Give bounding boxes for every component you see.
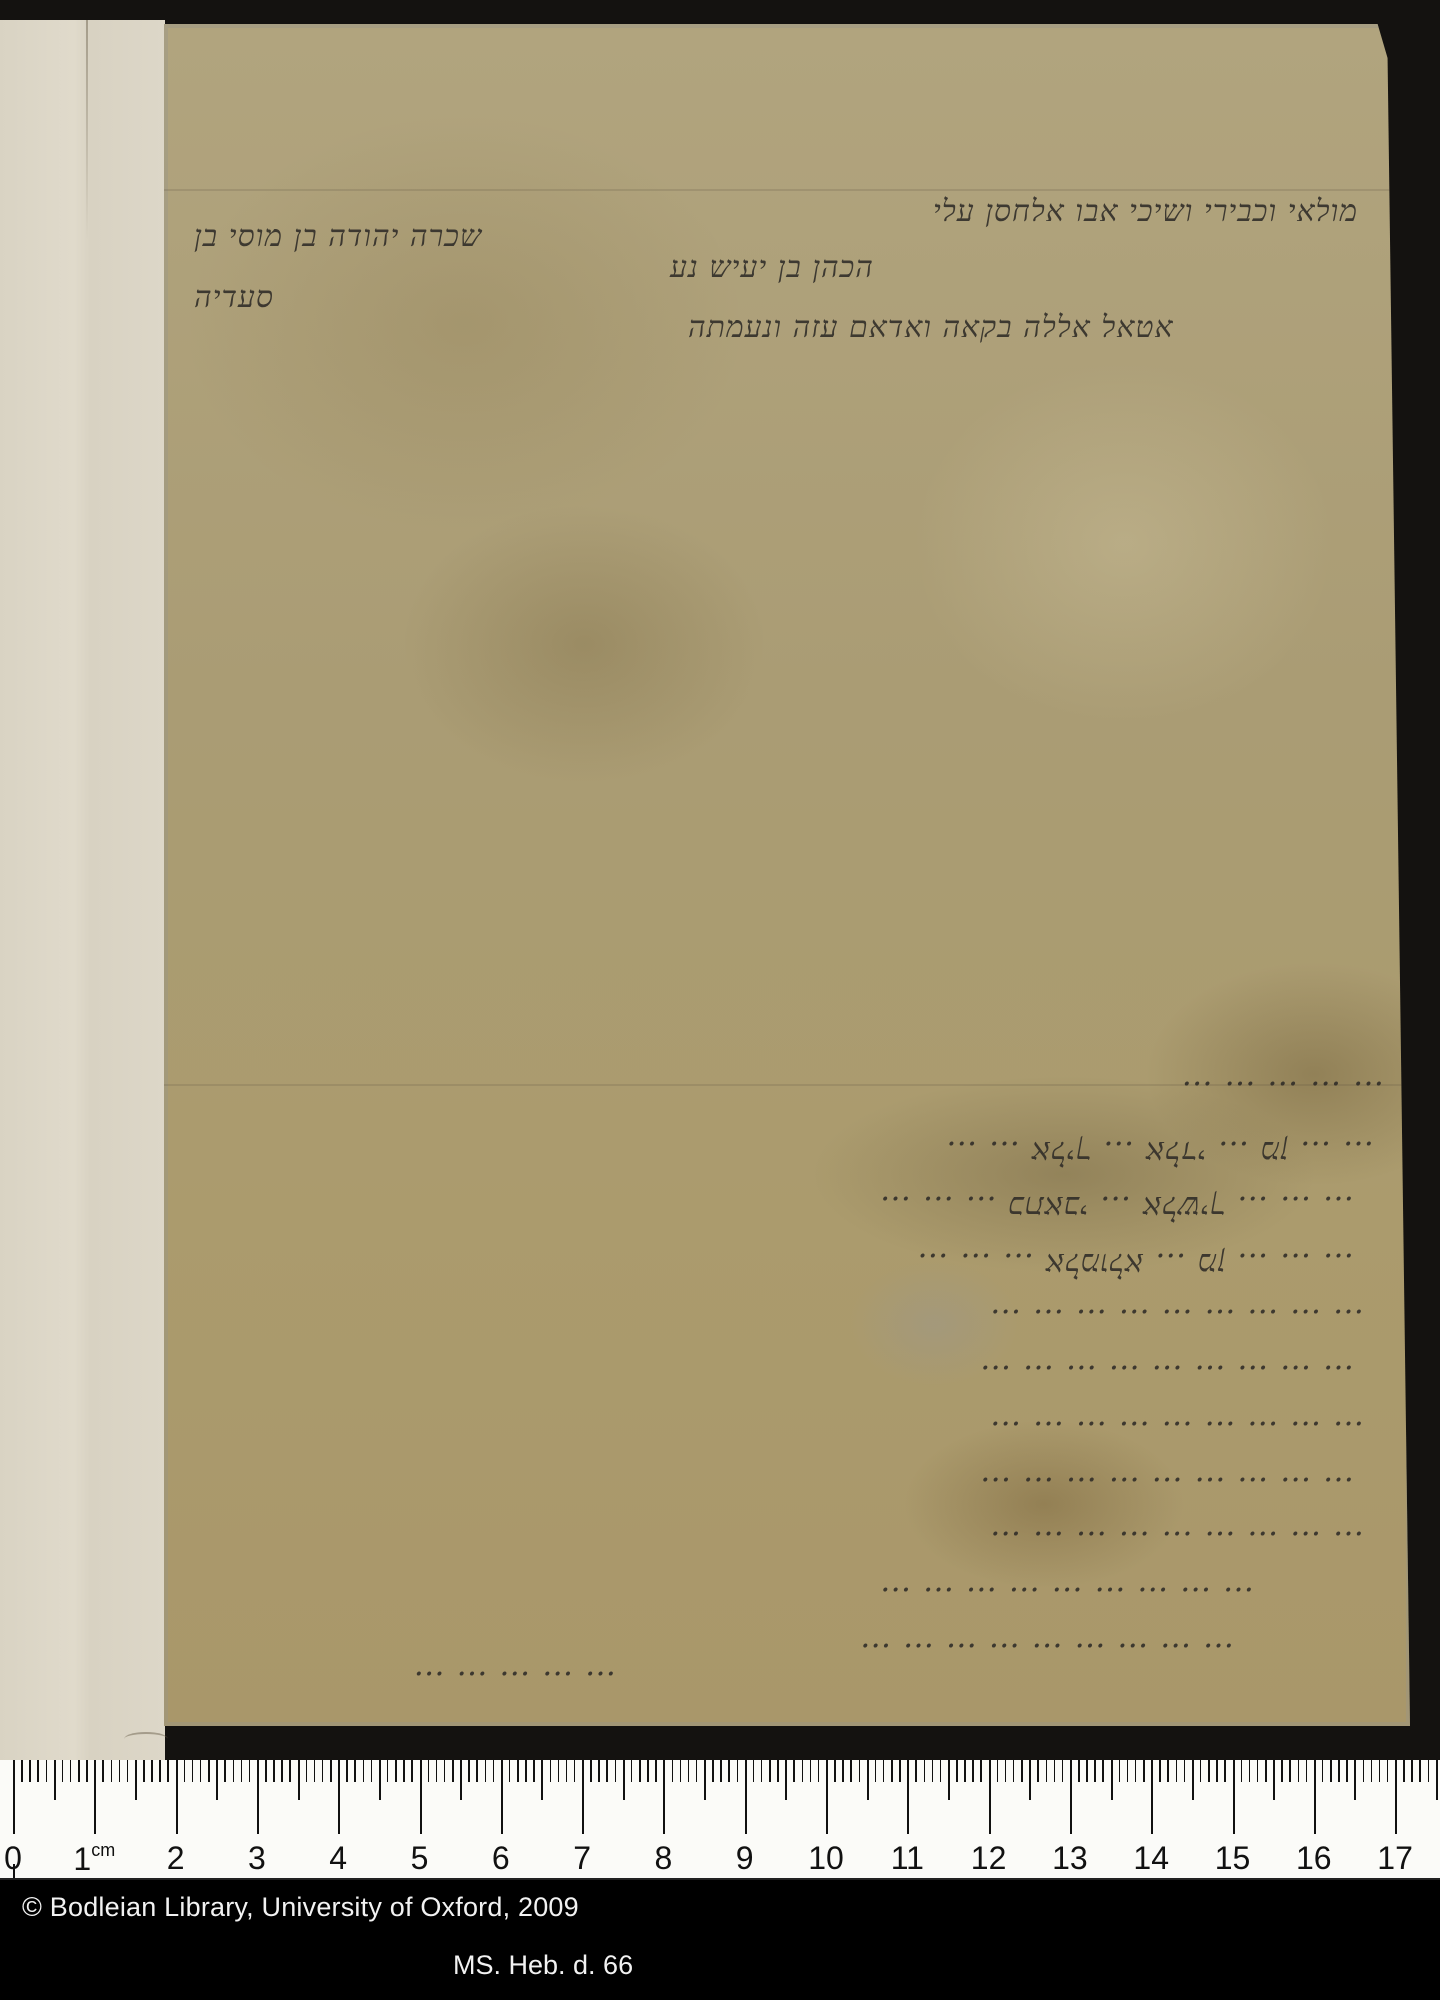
ruler-tick <box>793 1760 795 1782</box>
ruler-tick <box>249 1760 251 1782</box>
ruler-tick <box>1354 1760 1356 1800</box>
manuscript-page: מולאי וכבירי ושיכי אבו אלחסן עלי הכהן בן… <box>164 24 1410 1726</box>
ruler-tick <box>1086 1760 1088 1782</box>
ruler-tick <box>582 1760 584 1834</box>
ruler-tick <box>265 1760 267 1782</box>
ruler-tick <box>1143 1760 1145 1782</box>
ruler-tick <box>29 1760 31 1782</box>
ruler-tick <box>1224 1760 1226 1782</box>
ruler-tick <box>1127 1760 1129 1782</box>
ruler-tick <box>354 1760 356 1782</box>
ruler-tick <box>639 1760 641 1782</box>
ruler-tick <box>1184 1760 1186 1782</box>
ruler-tick <box>460 1760 462 1800</box>
ruler-tick <box>306 1760 308 1782</box>
ruler-tick <box>615 1760 617 1782</box>
ruler-tick <box>1371 1760 1373 1782</box>
ruler-tick <box>363 1760 365 1782</box>
ruler-tick <box>1306 1760 1308 1782</box>
ruler-tick <box>127 1760 129 1782</box>
ruler-tick <box>1233 1760 1235 1834</box>
ruler-tick <box>997 1760 999 1782</box>
paper-tear <box>124 1732 168 1746</box>
ruler-label: 3 <box>248 1840 266 1877</box>
ruler-tick <box>192 1760 194 1782</box>
ruler-tick <box>1419 1760 1421 1782</box>
ruler-tick <box>135 1760 137 1800</box>
ruler-label: 14 <box>1133 1840 1169 1877</box>
ruler-tick <box>956 1760 958 1782</box>
ruler-tick <box>777 1760 779 1782</box>
ruler-tick <box>631 1760 633 1782</box>
ruler-tick <box>143 1760 145 1782</box>
ruler-tick <box>1379 1760 1381 1782</box>
ruler-tick <box>1273 1760 1275 1800</box>
body-line-3: … … … כתאבי … אלשיך … … … <box>194 1189 1354 1225</box>
ruler-tick <box>810 1760 812 1782</box>
ruler-tick <box>94 1760 96 1834</box>
ruler-label: 6 <box>492 1840 510 1877</box>
ruler-tick <box>574 1760 576 1782</box>
ruler-tick <box>915 1760 917 1782</box>
ruler-tick <box>1062 1760 1064 1782</box>
ruler-tick <box>1346 1760 1348 1782</box>
ruler-tick <box>761 1760 763 1782</box>
ruler-tick <box>1289 1760 1291 1782</box>
ruler-tick <box>1151 1760 1153 1834</box>
ruler-tick <box>1037 1760 1039 1782</box>
body-line-2: … … אליך … אלדי … מן … … <box>234 1134 1374 1170</box>
ruler-tick <box>1102 1760 1104 1782</box>
ruler-tick <box>924 1760 926 1782</box>
ruler-label: 8 <box>654 1840 672 1877</box>
ruler-tick <box>1257 1760 1259 1782</box>
ruler-tick <box>476 1760 478 1782</box>
ruler-tick <box>745 1760 747 1834</box>
ruler-tick <box>1192 1760 1194 1800</box>
ruler-tick <box>948 1760 950 1800</box>
ruler-tick <box>932 1760 934 1782</box>
body-line-7: … … … … … … … … … <box>194 1414 1364 1450</box>
ruler-tick <box>940 1760 942 1782</box>
ruler-tick <box>606 1760 608 1782</box>
ruler-tick <box>54 1760 56 1800</box>
ruler-tick <box>1395 1760 1397 1834</box>
ruler-tick <box>655 1760 657 1782</box>
paper-fold-line <box>86 20 88 240</box>
address-right-line-3: אטאל אללה בקאה ואדאם עזה ונעמתה <box>688 310 1173 345</box>
ruler-tick <box>208 1760 210 1782</box>
ruler-tick <box>1135 1760 1137 1782</box>
ruler-tick <box>980 1760 982 1782</box>
ruler-tick <box>1176 1760 1178 1782</box>
shelfmark-text: MS. Heb. d. 66 <box>453 1950 633 1981</box>
ruler-tick <box>1111 1760 1113 1800</box>
ruler-tick <box>62 1760 64 1782</box>
ruler-tick <box>281 1760 283 1782</box>
ruler-tick <box>834 1760 836 1782</box>
ruler-tick <box>184 1760 186 1782</box>
ruler-tick <box>338 1760 340 1834</box>
ruler-tick <box>1428 1760 1430 1782</box>
ruler-tick <box>452 1760 454 1782</box>
ruler-tick <box>899 1760 901 1782</box>
ruler-tick <box>37 1760 39 1782</box>
ruler-tick <box>1167 1760 1169 1782</box>
ruler-tick <box>493 1760 495 1782</box>
ruler-tick <box>647 1760 649 1782</box>
ruler-tick <box>753 1760 755 1782</box>
ruler-tick <box>1054 1760 1056 1782</box>
copyright-footer: © Bodleian Library, University of Oxford… <box>0 1880 1440 2000</box>
ruler-tick <box>322 1760 324 1782</box>
body-line-6: … … … … … … … … … <box>194 1358 1354 1394</box>
ruler-tick <box>257 1760 259 1834</box>
ruler-tick <box>720 1760 722 1782</box>
ruler-tick <box>298 1760 300 1800</box>
ruler-tick <box>509 1760 511 1782</box>
ruler-tick <box>224 1760 226 1782</box>
ruler-tick <box>102 1760 104 1782</box>
ruler-label: 1cm <box>73 1840 115 1878</box>
ruler-tick <box>663 1760 665 1834</box>
ruler-tick <box>590 1760 592 1782</box>
body-line-1: … … … … … <box>924 1074 1384 1110</box>
ruler-tick <box>78 1760 80 1782</box>
ruler-tick <box>468 1760 470 1782</box>
ruler-tick <box>1436 1760 1438 1800</box>
ruler-tick <box>1005 1760 1007 1782</box>
ruler-tick <box>1298 1760 1300 1782</box>
ruler-tick <box>119 1760 121 1782</box>
ruler-tick <box>1208 1760 1210 1782</box>
ruler-tick <box>428 1760 430 1782</box>
ruler-tick <box>688 1760 690 1782</box>
ruler-tick <box>1021 1760 1023 1782</box>
ruler-label: 0 <box>4 1840 22 1877</box>
ruler-tick <box>850 1760 852 1782</box>
ruler-tick <box>395 1760 397 1782</box>
ruler-tick <box>525 1760 527 1782</box>
ruler-label: 7 <box>573 1840 591 1877</box>
ruler-tick <box>550 1760 552 1782</box>
ruler-tick <box>972 1760 974 1782</box>
ruler-tick <box>964 1760 966 1782</box>
ruler-tick <box>623 1760 625 1800</box>
ruler-label: 4 <box>329 1840 347 1877</box>
ruler-tick <box>680 1760 682 1782</box>
ruler-tick <box>379 1760 381 1800</box>
ruler-tick <box>769 1760 771 1782</box>
ruler-tick <box>598 1760 600 1782</box>
ruler-tick <box>273 1760 275 1782</box>
ruler-tick <box>1265 1760 1267 1782</box>
ruler-tick <box>444 1760 446 1782</box>
ruler-tick <box>1330 1760 1332 1782</box>
ruler-tick <box>176 1760 178 1834</box>
ruler-tick <box>216 1760 218 1800</box>
body-line-12: … … … … … <box>186 1664 616 1700</box>
ruler-tick <box>1094 1760 1096 1782</box>
ruler-tick <box>200 1760 202 1782</box>
address-left-line-2: סעדיה <box>194 280 274 315</box>
ruler-tick <box>1411 1760 1413 1782</box>
address-right-line-1: מולאי וכבירי ושיכי אבו אלחסן עלי <box>933 194 1358 229</box>
ruler-tick <box>233 1760 235 1782</box>
ruler-tick <box>1029 1760 1031 1800</box>
ruler-tick <box>891 1760 893 1782</box>
ruler-label: 17 <box>1377 1840 1413 1877</box>
ruler-tick <box>672 1760 674 1782</box>
ruler-tick <box>1387 1760 1389 1782</box>
ruler-tick <box>420 1760 422 1834</box>
ruler-label: 10 <box>808 1840 844 1877</box>
ruler-tick <box>802 1760 804 1782</box>
ruler-tick <box>111 1760 113 1782</box>
ruler-tick <box>314 1760 316 1782</box>
ruler-tick <box>371 1760 373 1782</box>
body-line-8: … … … … … … … … … <box>194 1470 1354 1506</box>
ruler-tick <box>485 1760 487 1782</box>
ruler-tick <box>1070 1760 1072 1834</box>
ruler-label: 16 <box>1296 1840 1332 1877</box>
ruler-tick <box>859 1760 861 1782</box>
ruler-tick <box>1322 1760 1324 1782</box>
ruler-tick <box>241 1760 243 1782</box>
ruler-tick <box>826 1760 828 1834</box>
ruler-tick <box>1159 1760 1161 1782</box>
ruler-tick <box>818 1760 820 1782</box>
ruler-tick <box>517 1760 519 1782</box>
ruler-tick <box>1216 1760 1218 1782</box>
ruler-tick <box>1363 1760 1365 1782</box>
ruler-tick <box>13 1760 15 1834</box>
ruler-tick <box>1249 1760 1251 1782</box>
ruler-tick <box>1241 1760 1243 1782</box>
ruler-tick <box>411 1760 413 1782</box>
ruler-tick <box>704 1760 706 1800</box>
ruler-tick <box>907 1760 909 1834</box>
ruler-tick <box>875 1760 877 1782</box>
ruler-tick <box>558 1760 560 1782</box>
ruler-tick <box>159 1760 161 1782</box>
ruler-tick <box>346 1760 348 1782</box>
ruler-label: 12 <box>971 1840 1007 1877</box>
ruler-tick <box>1314 1760 1316 1834</box>
ruler-label: 11 <box>891 1840 924 1877</box>
backing-paper-strip <box>0 20 165 1760</box>
ruler-tick <box>167 1760 169 1782</box>
ruler-tick <box>867 1760 869 1800</box>
ruler-tick <box>86 1760 88 1782</box>
ruler-tick <box>737 1760 739 1782</box>
ruler-tick <box>712 1760 714 1782</box>
ruler-tick <box>151 1760 153 1782</box>
body-line-10: … … … … … … … … … <box>194 1580 1254 1616</box>
ruler-tick <box>436 1760 438 1782</box>
ruler-tick <box>883 1760 885 1782</box>
copyright-text: © Bodleian Library, University of Oxford… <box>22 1892 579 1923</box>
ruler-tick <box>330 1760 332 1782</box>
ruler-tick <box>403 1760 405 1782</box>
ruler-label: 2 <box>167 1840 185 1877</box>
ruler-tick <box>1403 1760 1405 1782</box>
ruler-tick <box>1078 1760 1080 1782</box>
ruler-tick <box>1338 1760 1340 1782</box>
ruler-tick <box>785 1760 787 1800</box>
ruler-tick <box>1281 1760 1283 1782</box>
address-right-line-2: הכהן בן יעיש נע <box>670 250 874 285</box>
ruler-tick <box>1046 1760 1048 1782</box>
ruler-label: 15 <box>1215 1840 1251 1877</box>
ruler-tick <box>533 1760 535 1782</box>
ruler-tick <box>728 1760 730 1782</box>
body-line-4: … … … אלמולא … מן … … … <box>194 1246 1354 1282</box>
ruler-label: 9 <box>736 1840 754 1877</box>
body-line-5: … … … … … … … … … <box>194 1302 1364 1338</box>
ruler-tick <box>566 1760 568 1782</box>
ruler-tick <box>1013 1760 1015 1782</box>
ruler-tick <box>989 1760 991 1834</box>
ruler-tick <box>289 1760 291 1782</box>
ruler-tick <box>1119 1760 1121 1782</box>
body-line-9: … … … … … … … … … <box>194 1524 1364 1560</box>
ruler-tick <box>541 1760 543 1800</box>
ruler-tick <box>501 1760 503 1834</box>
ruler-tick <box>842 1760 844 1782</box>
ruler-tick <box>696 1760 698 1782</box>
ruler-tick <box>1200 1760 1202 1782</box>
ruler-label: 13 <box>1052 1840 1088 1877</box>
ruler-tick <box>46 1760 48 1782</box>
scale-ruler: 01cm234567891011121314151617 <box>0 1760 1440 1880</box>
ruler-label: 5 <box>411 1840 429 1877</box>
ruler-tick <box>387 1760 389 1782</box>
ruler-tick <box>70 1760 72 1782</box>
address-left-line-1: שכרה יהודה בן מוסי בן <box>194 219 482 254</box>
ruler-tick <box>21 1760 23 1782</box>
page-crease <box>164 189 1410 191</box>
